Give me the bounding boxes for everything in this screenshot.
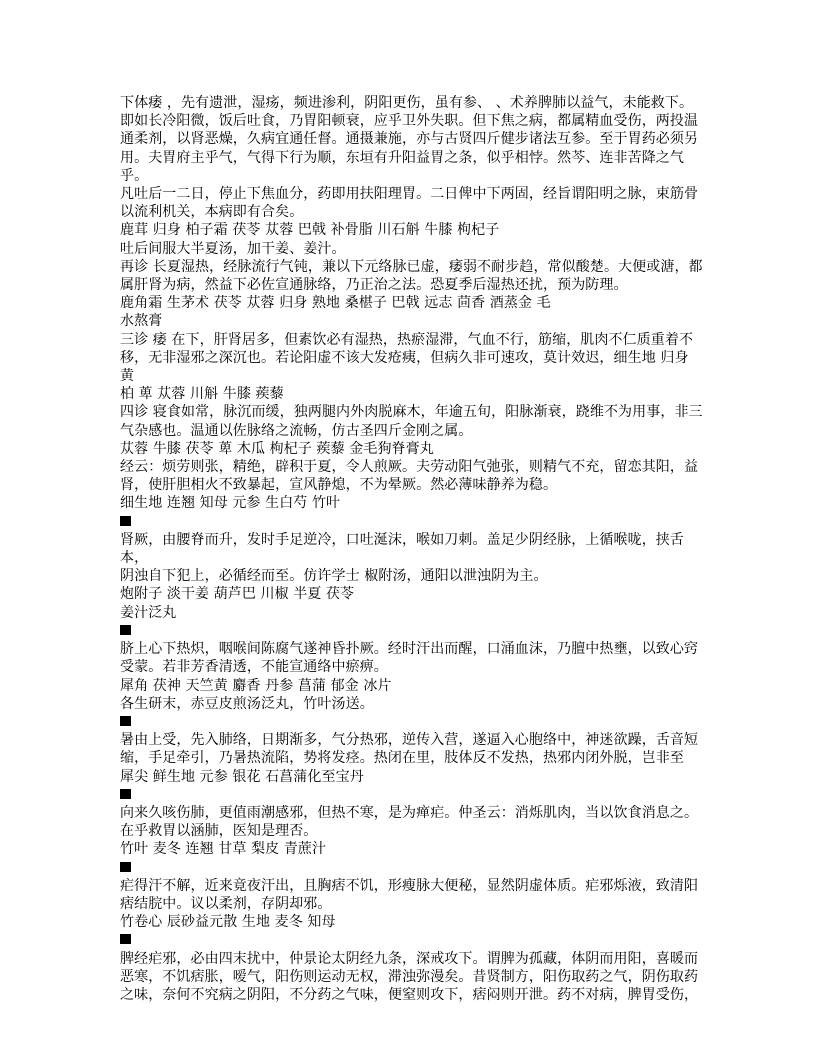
missing-glyph-line xyxy=(120,622,704,640)
text-line: 下体痿 ，先有遗泄，湿疡，频进渗利，阴阳更伤，虽有参、 、术养脾肺以益气，未能救… xyxy=(120,94,704,112)
missing-glyph-line xyxy=(120,859,704,877)
black-square-marker xyxy=(120,789,131,799)
black-square-marker xyxy=(120,862,131,872)
document-body: 下体痿 ，先有遗泄，湿疡，频进渗利，阴阳更伤，虽有参、 、术养脾肺以益气，未能救… xyxy=(120,94,704,1004)
document-page: 下体痿 ，先有遗泄，湿疡，频进渗利，阴阳更伤，虽有参、 、术养脾肺以益气，未能救… xyxy=(0,0,816,1056)
text-line: 恶寒，不饥痞胀，嗳气，阳伤则运动无权，滞浊弥漫矣。昔贤制方，阳伤取药之气，阴伤取… xyxy=(120,968,704,986)
text-line: 肾厥，由腰脊而升，发时手足逆冷，口吐涎沫，喉如刀刺。盖足少阴经脉，上循喉咙，挟舌… xyxy=(120,531,704,567)
text-line: 受蒙。若非芳香清透，不能宣通络中瘀痹。 xyxy=(120,658,704,676)
text-line: 脾经疟邪，必由四末扰中，仲景论太阴经九条，深戒攻下。谓脾为孤藏，体阴而用阳，喜暖… xyxy=(120,950,704,968)
missing-glyph-line xyxy=(120,786,704,804)
text-line: 犀角 茯神 天竺黄 麝香 丹参 菖蒲 郁金 冰片 xyxy=(120,677,704,695)
text-line: 缩，手足牵引，乃暑热流陷，势将发痉。热闭在里，肢体反不发热，热邪内闭外脱，岂非至 xyxy=(120,749,704,767)
text-line: 苁蓉 牛膝 茯苓 萆 木瓜 枸杞子 蒺藜 金毛狗脊膏丸 xyxy=(120,440,704,458)
text-line: 在乎救胃以涵肺，医知是理否。 xyxy=(120,822,704,840)
black-square-marker xyxy=(120,934,131,944)
text-line: 痞结脘中。议以柔剂，存阴却邪。 xyxy=(120,895,704,913)
text-line: 再诊 长夏湿热，经脉流行气钝，兼以下元络脉已虚，痿弱不耐步趋，常似酸楚。大便或溏… xyxy=(120,258,704,276)
text-line: 犀尖 鲜生地 元参 银花 石菖蒲化至宝丹 xyxy=(120,768,704,786)
text-line: 三诊 痿 在下，肝肾居多，但素饮必有湿热，热瘀湿滞，气血不行，筋缩，肌肉不仁质重… xyxy=(120,331,704,349)
text-line: 用。夫胃府主乎气，气得下行为顺，东垣有升阳益胃之条，似乎相悖。然芩、连非苦降之气… xyxy=(120,149,704,185)
text-line: 气杂感也。温通以佐脉络之流畅，仿古圣四斤金刚之属。 xyxy=(120,422,704,440)
text-line: 竹卷心 辰砂益元散 生地 麦冬 知母 xyxy=(120,913,704,931)
text-line: 炮附子 淡干姜 葫芦巴 川椒 半夏 茯苓 xyxy=(120,585,704,603)
text-line: 暑由上受，先入肺络，日期渐多，气分热邪，逆传入营，遂逼入心胞络中，神迷欲躁，舌音… xyxy=(120,731,704,749)
black-square-marker xyxy=(120,625,131,635)
text-line: 阴浊自下犯上，必循经而至。仿许学士 椒附汤，通阳以泄浊阴为主。 xyxy=(120,567,704,585)
black-square-marker xyxy=(120,516,131,526)
text-line: 鹿角霜 生茅术 茯苓 苁蓉 归身 熟地 桑椹子 巴戟 远志 茴香 酒蒸金 毛 xyxy=(120,294,704,312)
text-line: 各生研末，赤豆皮煎汤泛丸，竹叶汤送。 xyxy=(120,695,704,713)
text-line: 脐上心下热炽，咽喉间陈腐气遂神昏扑厥。经时汗出而醒，口涌血沫，乃膻中热壅，以致心… xyxy=(120,640,704,658)
text-line: 细生地 连翘 知母 元参 生白芍 竹叶 xyxy=(120,494,704,512)
text-line: 即如长冷阳微，饭后吐食，乃胃阳顿衰，应乎卫外失职。但下焦之病，都属精血受伤，两投… xyxy=(120,112,704,130)
missing-glyph-line xyxy=(120,513,704,531)
text-line: 以流利机关，本病即有合矣。 xyxy=(120,203,704,221)
missing-glyph-line xyxy=(120,931,704,949)
text-line: 之味，奈何不究病之阴阳，不分药之气味，便窒则攻下，痞闷则开泄。药不对病，脾胃受伤… xyxy=(120,986,704,1004)
text-line: 姜汁泛丸 xyxy=(120,604,704,622)
text-line: 凡吐后一二日，停止下焦血分，药即用扶阳理胃。二日俾中下两固，经旨谓阳明之脉，束筋… xyxy=(120,185,704,203)
text-line: 疟得汗不解，近来竟夜汗出，且胸痞不饥，形瘦脉大便秘，显然阴虚体质。疟邪烁液，致清… xyxy=(120,877,704,895)
text-line: 肾，使肝胆相火不致暴起，宣风静熄，不为晕厥。然必薄味静养为稳。 xyxy=(120,476,704,494)
text-line: 竹叶 麦冬 连翘 甘草 梨皮 青蔗汁 xyxy=(120,840,704,858)
text-line: 鹿茸 归身 柏子霜 茯苓 苁蓉 巴戟 补骨脂 川石斛 牛膝 枸杞子 xyxy=(120,221,704,239)
text-line: 属肝肾为病，然益下必佐宣通脉络，乃正治之法。恐夏季后湿热还扰，预为防理。 xyxy=(120,276,704,294)
text-line: 经云：烦劳则张，精绝，辟积于夏，令人煎厥。夫劳动阳气弛张，则精气不充，留恋其阳，… xyxy=(120,458,704,476)
text-line: 吐后间服大半夏汤，加干姜、姜汁。 xyxy=(120,240,704,258)
text-line: 向来久咳伤肺，更值雨潮感邪，但热不寒，是为瘅疟。仲圣云：消烁肌肉，当以饮食消息之… xyxy=(120,804,704,822)
text-line: 水熬膏 xyxy=(120,312,704,330)
text-line: 四诊 寝食如常，脉沉而缓，独两腿内外肉脱麻木，年逾五旬，阳脉渐衰，跷维不为用事，… xyxy=(120,403,704,421)
missing-glyph-line xyxy=(120,713,704,731)
text-line: 柏 萆 苁蓉 川斛 牛膝 蒺藜 xyxy=(120,385,704,403)
text-line: 移，无非湿邪之深沉也。若论阳虚不该大发疮痍，但病久非可速攻，莫计效迟，细生地 归… xyxy=(120,349,704,385)
black-square-marker xyxy=(120,716,131,726)
text-line: 通柔剂，以肾恶燥，久病宜通任督。通摄兼施，亦与古贤四斤健步诸法互参。至于胃药必须… xyxy=(120,130,704,148)
